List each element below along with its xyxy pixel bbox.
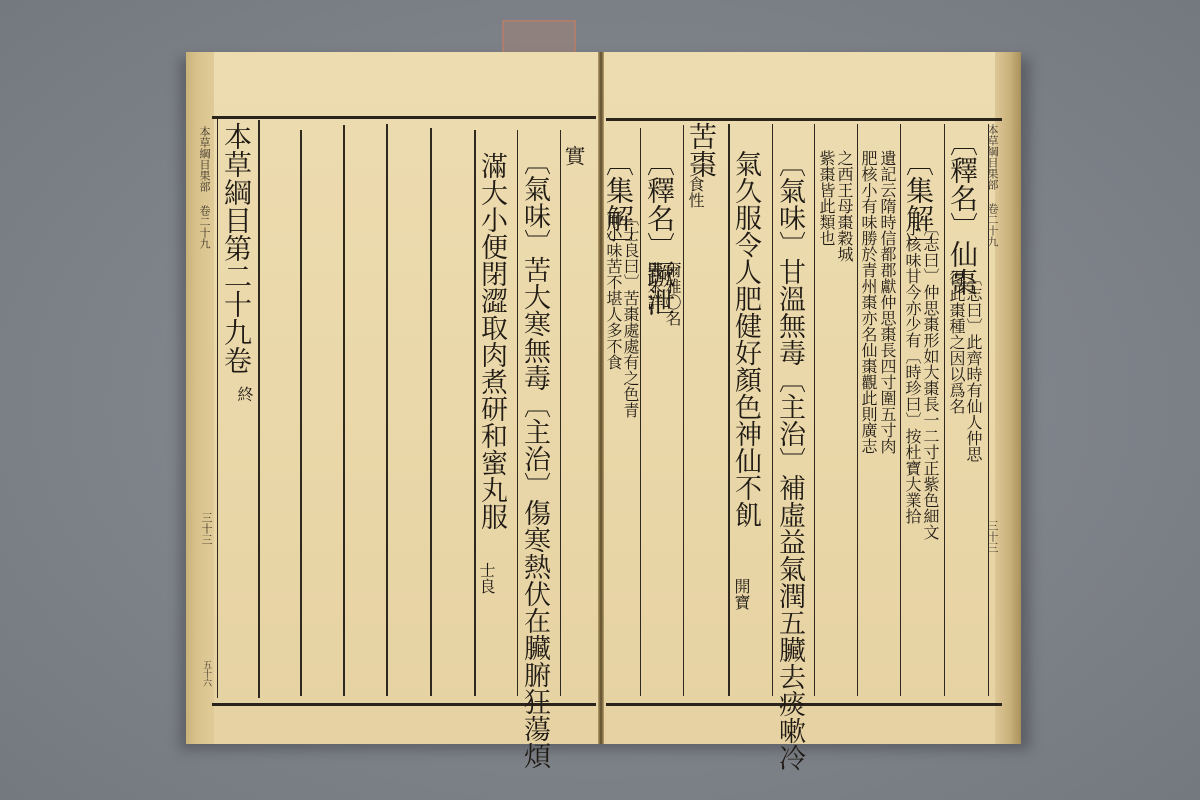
rule bbox=[386, 124, 388, 696]
note-column: 得此棗種之因以爲名 bbox=[948, 270, 964, 414]
note-column: 之西王母棗穀城 bbox=[836, 150, 852, 262]
folio-left: 三十三 bbox=[201, 512, 212, 545]
note-column: 〔志曰〕此齊時有仙人仲思 bbox=[965, 270, 981, 462]
source-note: 開寶 bbox=[733, 578, 749, 610]
text-column: 氣久服令人肥健好顏色神仙不飢 bbox=[732, 150, 759, 528]
rule bbox=[640, 128, 641, 696]
text-column: 〔氣味〕甘溫無毒〔主治〕補虛益氣潤五臟去痰嗽冷 bbox=[776, 150, 803, 771]
text-column: 實 bbox=[563, 145, 584, 166]
note-column: 〔志曰〕仲思棗形如大棗長一二寸正紫色細文 bbox=[922, 220, 938, 540]
folio-right: 三十三 bbox=[987, 520, 998, 553]
note-column: 而小味苦不堪人多不食 bbox=[605, 210, 621, 370]
rule bbox=[857, 124, 858, 696]
rule bbox=[217, 118, 218, 698]
rule bbox=[258, 120, 260, 698]
end-mark: 終 bbox=[236, 386, 252, 402]
note-column: 紫棗皆此類也 bbox=[818, 150, 834, 246]
rule bbox=[430, 128, 432, 696]
note-column: 遺記云隋時信都郡獻仲思棗長四寸圍五寸肉 bbox=[879, 150, 895, 454]
rule bbox=[944, 124, 945, 696]
end-title: 本草綱目第二十九卷 bbox=[222, 122, 250, 374]
rule bbox=[300, 130, 302, 696]
heading-kuzao: 苦棗 bbox=[687, 122, 715, 178]
note-column: 食性 bbox=[687, 176, 703, 208]
note-column: 〔士良曰〕苦棗處處有之色青 bbox=[622, 210, 638, 418]
spine-label-left: 本草綱目果部 卷二十九 bbox=[199, 126, 210, 249]
note-column: 小核味甘今亦少有〔時珍曰〕按杜寶大業拾 bbox=[904, 220, 920, 524]
source-note: 士良 bbox=[478, 562, 494, 594]
spine-label-right: 本草綱目果部 卷二十九 bbox=[987, 124, 998, 247]
text-column: 滿大小便閉澀取肉煮研和蜜丸服 bbox=[478, 152, 505, 530]
page-number-left: 五十六 bbox=[201, 660, 210, 687]
note-column: 爾雅〇名 bbox=[664, 262, 680, 326]
rule bbox=[517, 130, 518, 696]
rule bbox=[343, 125, 345, 696]
note-column: 肥核小有味勝於青州棗亦名仙棗觀此則廣志 bbox=[860, 150, 876, 454]
rule bbox=[683, 125, 684, 696]
rule bbox=[814, 124, 815, 696]
rule bbox=[772, 124, 773, 696]
note-column: 義未詳 bbox=[646, 262, 662, 310]
text-column: 〔氣味〕苦大寒無毒〔主治〕傷寒熱伏在臟腑狂蕩煩 bbox=[521, 148, 548, 769]
rule bbox=[900, 124, 901, 696]
rule bbox=[560, 130, 561, 696]
